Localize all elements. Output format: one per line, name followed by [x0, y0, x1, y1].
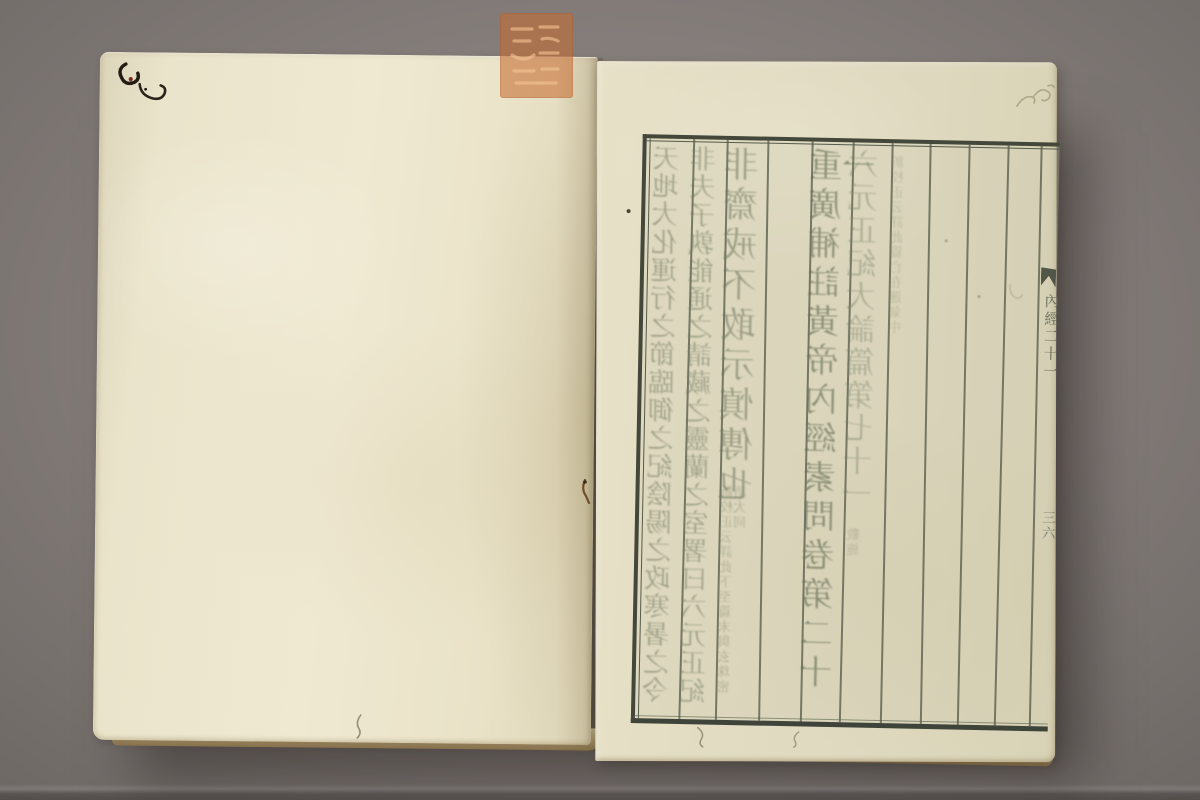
gutter-thread [577, 478, 595, 506]
frame-inner-line [635, 715, 1048, 724]
photo-scene: 天地大化運行之節臨御之紀陰陽之政寒暑之令 非夫子孰能通之請藏之靈蘭之室署曰六元正… [0, 0, 1200, 800]
paper-fiber-right [693, 725, 709, 749]
thread-marks [109, 58, 200, 123]
showthrough-small-note: 數施 [846, 527, 878, 648]
left-page [93, 52, 598, 745]
collection-seal [500, 13, 573, 98]
fold-page-number: 三六 [1037, 510, 1054, 541]
column-line [994, 146, 1009, 726]
ink-speck [627, 209, 631, 213]
column-line [957, 145, 970, 725]
fishtail-icon [1041, 267, 1056, 287]
paper-fiber-left [349, 712, 369, 740]
paper-fiber-right [789, 730, 803, 750]
seal-glyphs [506, 19, 567, 92]
fold-title: 內經二十一 [1039, 293, 1058, 381]
showthrough-small-note: 新校正云詳此下至篇末與玄珠密語大同 [718, 485, 760, 701]
ink-smudge [1007, 278, 1026, 300]
showthrough-chapter-title: 六元正紀大論篇第七十一 [845, 148, 889, 512]
showthrough-column: 非齋戒不敢示慎傳也 [720, 146, 769, 507]
text-block-frame: 天地大化運行之節臨御之紀陰陽之政寒暑之令 非夫子孰能通之請藏之靈蘭之室署曰六元正… [631, 134, 1060, 731]
handwritten-scribble [1012, 78, 1060, 118]
showthrough-small-note: 新校正云詳此篇亡在運氣中 [889, 155, 930, 391]
right-page: 天地大化運行之節臨御之紀陰陽之政寒暑之令 非夫子孰能通之請藏之靈蘭之室署曰六元正… [595, 61, 1057, 762]
column-line [1029, 146, 1042, 726]
ink-smudge [945, 239, 948, 242]
ink-smudge [978, 295, 981, 298]
backdrop-floor-edge [0, 784, 1200, 800]
